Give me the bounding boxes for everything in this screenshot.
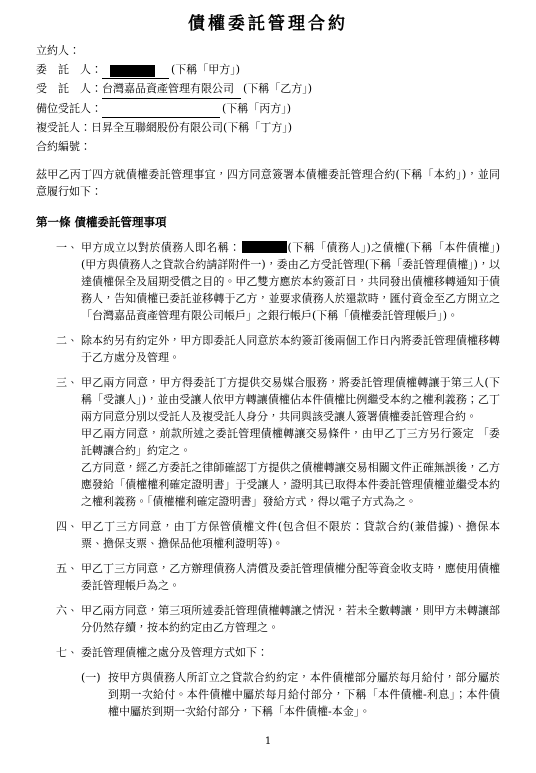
party-line-trustee: 受 託 人：台灣嘉品資產管理有限公司(下稱「乙方」) [36,79,500,99]
backup-trustee-alias: (下稱「丙方」) [222,102,291,115]
item-7-number: 七、 [56,644,81,720]
item-1-number: 一、 [56,239,81,324]
contract-page: 債權委託管理合約 立約人： 委 託 人：(下稱「甲方」) 受 託 人：台灣嘉品資… [0,0,536,773]
item-1-text: 甲方成立以對於債務人即名稱：(下稱「債務人」)之債權(下稱「本件債權」)(甲方與… [81,239,500,324]
section-1-heading: 第一條 債權委託管理事項 [36,214,500,231]
item-4-number: 四、 [56,518,81,552]
backup-trustee-blank-field [102,104,220,118]
page-number: 1 [0,736,536,747]
item-4-text: 甲乙丁三方同意，由丁方保管債權文件(包含但不限於：貸款合約(兼借據)、擔保本票、… [81,518,500,552]
item-6-text: 甲乙兩方同意，第三項所述委託管理債權轉讓之情況，若未全數轉讓，則甲方未轉讓部分仍… [81,602,500,636]
entrustor-label: 委 託 人： [36,63,102,76]
contract-item-4: 四、 甲乙丁三方同意，由丁方保管債權文件(包含但不限於：貸款合約(兼借據)、擔保… [56,518,500,552]
item-3-paragraph-3: 乙方同意，經乙方委託之律師確認丁方提供之債權轉讓交易相關文件正確無誤後，乙方應發… [81,459,500,510]
sub-trustee-name: 日昇全互聯網股份有限公司(下稱「丁方」) [91,121,292,134]
backup-trustee-label: 備位受託人： [36,102,102,115]
preamble-paragraph: 茲甲乙丙丁四方就債權委託管理事宜，四方同意簽署本債權委託管理合約(下稱「本約」)… [36,166,500,200]
item-6-number: 六、 [56,602,81,636]
party-line-backup-trustee: 備位受託人：(下稱「丙方」) [36,99,500,118]
item-5-text: 甲乙丁三方同意，乙方辦理債務人清償及委託管理債權分配等資金收支時，應使用債權委託… [81,560,500,594]
item-7-text: 委託管理債權之處分及管理方式如下： (一) 按甲方與債務人所訂立之貸款合約約定，… [81,644,500,720]
document-title: 債權委託管理合約 [36,12,500,36]
entrustor-alias: (下稱「甲方」) [171,63,240,76]
sub-trustee-label: 複受託人： [36,121,91,134]
redacted-entrustor-name [110,65,155,77]
party-line-intro: 立約人： [36,41,500,60]
item-3-text: 甲乙兩方同意，甲方得委託丁方提供交易媒合服務，將委託管理債權轉讓于第三人(下稱「… [81,374,500,510]
contract-item-6: 六、 甲乙兩方同意，第三項所述委託管理債權轉讓之情況，若未全數轉讓，則甲方未轉讓… [56,602,500,636]
parties-intro-label: 立約人： [36,44,80,57]
subitem-7-1-text: 按甲方與債務人所訂立之貸款合約約定，本件債權部分屬於每月給付，部分屬於到期一次給… [108,669,500,720]
party-line-contract-number: 合約編號： [36,137,500,156]
redacted-debtor-name [242,241,287,253]
contract-item-1: 一、 甲方成立以對於債務人即名稱：(下稱「債務人」)之債權(下稱「本件債權」)(… [56,239,500,324]
trustee-label: 受 託 人： [36,82,102,95]
item-5-number: 五、 [56,560,81,594]
contract-item-7: 七、 委託管理債權之處分及管理方式如下： (一) 按甲方與債務人所訂立之貸款合約… [56,644,500,720]
item-3-paragraph-1: 甲乙兩方同意，甲方得委託丁方提供交易媒合服務，將委託管理債權轉讓于第三人(下稱「… [81,374,500,425]
trustee-name: 台灣嘉品資產管理有限公司 [102,79,241,99]
contract-item-3: 三、 甲乙兩方同意，甲方得委託丁方提供交易媒合服務，將委託管理債權轉讓于第三人(… [56,374,500,510]
contract-item-2: 二、 除本約另有約定外，甲方即委託人同意於本約簽訂後兩個工作日內將委託管理債權移… [56,332,500,366]
contract-item-5: 五、 甲乙丁三方同意，乙方辦理債務人清償及委託管理債權分配等資金收支時，應使用債… [56,560,500,594]
trustee-alias: (下稱「乙方」) [243,82,312,95]
item-2-text: 除本約另有約定外，甲方即委託人同意於本約簽訂後兩個工作日內將委託管理債權移轉于乙… [81,332,500,366]
contract-number-label: 合約編號： [36,140,91,153]
entrustor-name-field [102,64,169,79]
subitem-7-1-number: (一) [81,669,108,720]
contract-subitem-7-1: (一) 按甲方與債務人所訂立之貸款合約約定，本件債權部分屬於每月給付，部分屬於到… [81,669,500,720]
party-line-entrustor: 委 託 人：(下稱「甲方」) [36,60,500,79]
item-7-intro-text: 委託管理債權之處分及管理方式如下： [81,646,268,659]
item-1-text-before-redaction: 甲方成立以對於債務人即名稱： [81,241,241,254]
item-2-number: 二、 [56,332,81,366]
item-3-paragraph-2: 甲乙兩方同意，前款所述之委託管理債權轉讓交易條件，由甲乙丁三方另行簽定 「委託轉… [81,425,500,459]
item-3-number: 三、 [56,374,81,510]
party-line-sub-trustee: 複受託人：日昇全互聯網股份有限公司(下稱「丁方」) [36,118,500,137]
